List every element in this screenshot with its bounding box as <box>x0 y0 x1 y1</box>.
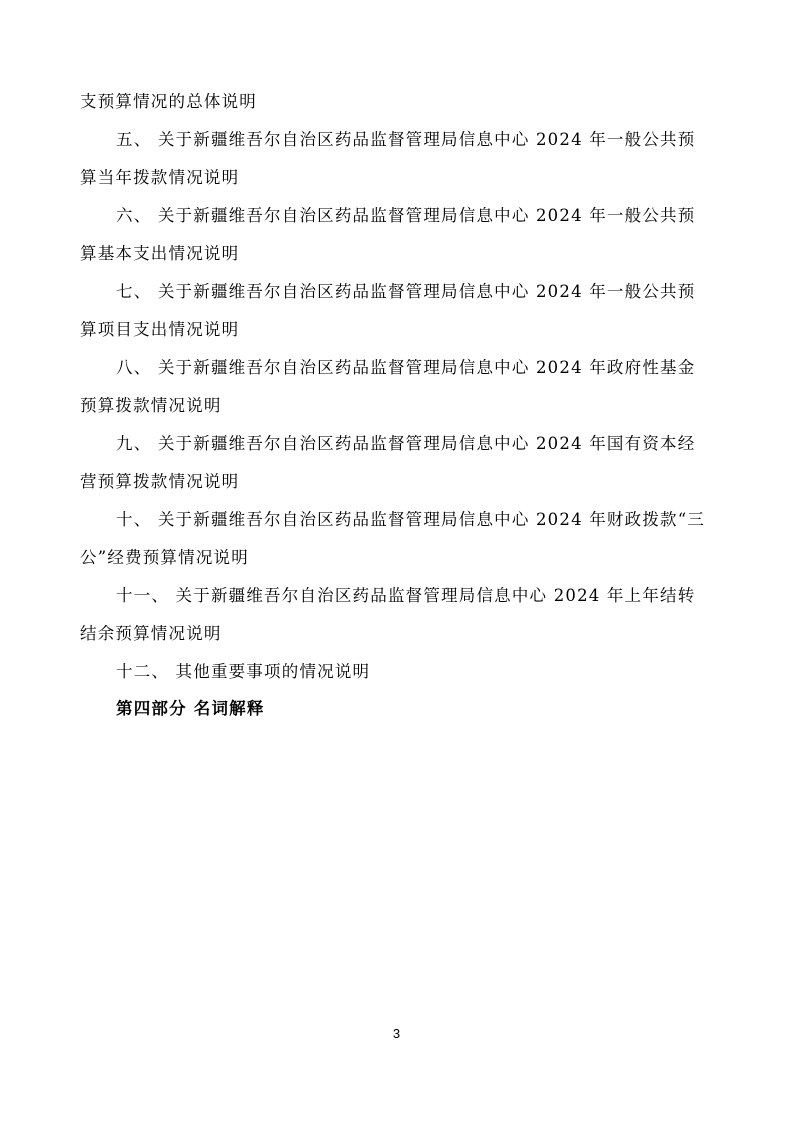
toc-item-12: 十二、 其他重要事项的情况说明 <box>116 658 370 682</box>
toc-item-7: 七、 关于新疆维吾尔自治区药品监督管理局信息中心 2024 年一般公共预 <box>116 278 695 302</box>
page-number: 3 <box>0 1026 793 1041</box>
toc-line: 预算拨款情况说明 <box>80 392 222 416</box>
toc-item-5: 五、 关于新疆维吾尔自治区药品监督管理局信息中心 2024 年一般公共预 <box>116 126 695 150</box>
toc-line: 算基本支出情况说明 <box>80 240 239 264</box>
toc-line: 公”经费预算情况说明 <box>80 544 249 568</box>
toc-line: 营预算拨款情况说明 <box>80 468 239 492</box>
toc-item-9: 九、 关于新疆维吾尔自治区药品监督管理局信息中心 2024 年国有资本经 <box>116 430 695 454</box>
toc-item-10: 十、 关于新疆维吾尔自治区药品监督管理局信息中心 2024 年财政拨款“三 <box>116 506 705 530</box>
toc-line: 结余预算情况说明 <box>80 620 222 644</box>
section-heading: 第四部分 名词解释 <box>116 695 265 719</box>
toc-line: 算当年拨款情况说明 <box>80 164 239 188</box>
toc-item-8: 八、 关于新疆维吾尔自治区药品监督管理局信息中心 2024 年政府性基金 <box>116 354 695 378</box>
toc-item-11: 十一、 关于新疆维吾尔自治区药品监督管理局信息中心 2024 年上年结转 <box>116 582 695 606</box>
toc-item-6: 六、 关于新疆维吾尔自治区药品监督管理局信息中心 2024 年一般公共预 <box>116 202 695 226</box>
toc-line: 支预算情况的总体说明 <box>80 88 257 112</box>
toc-line: 算项目支出情况说明 <box>80 316 239 340</box>
